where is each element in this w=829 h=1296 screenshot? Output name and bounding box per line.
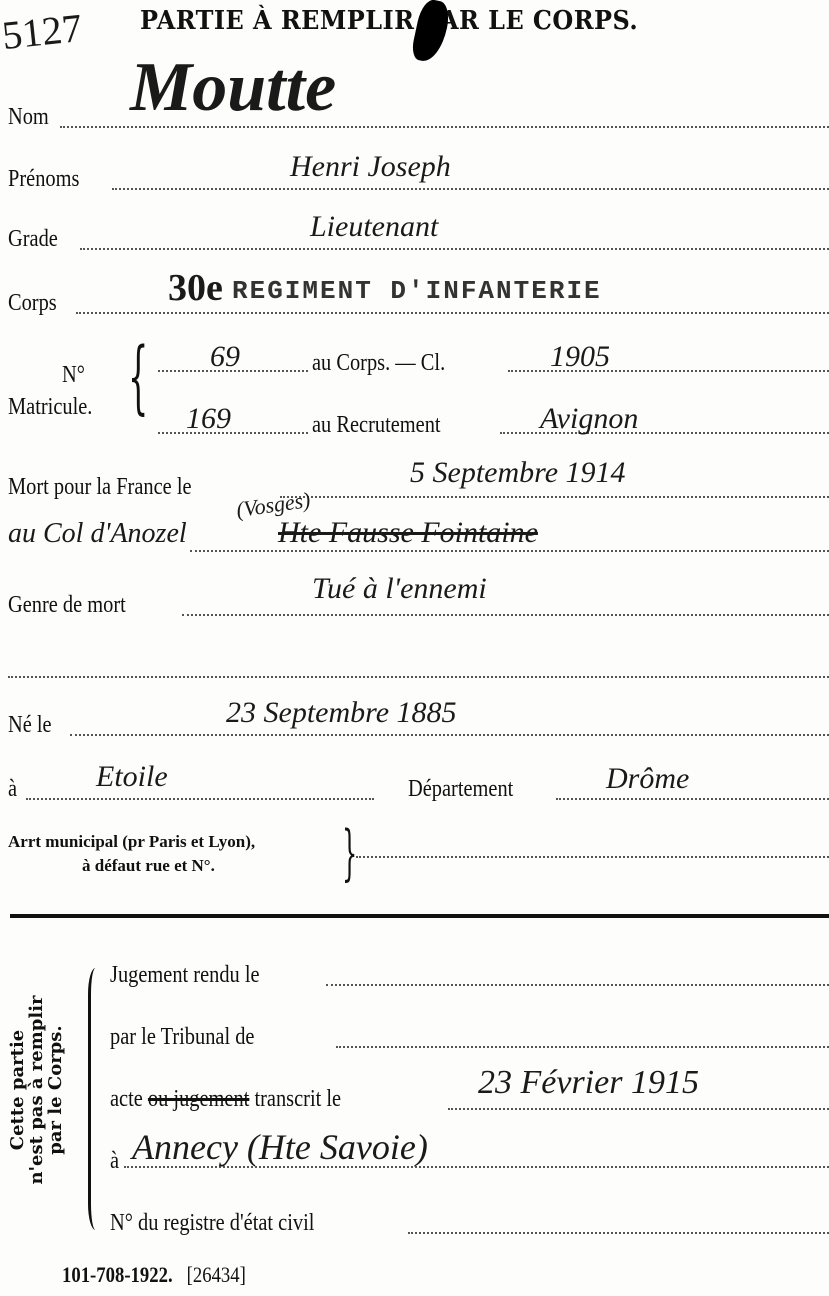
recrutement-label: au Recrutement	[312, 412, 441, 439]
ne-le-label: Né le	[8, 712, 52, 739]
ne-le-value: 23 Septembre 1885	[226, 696, 457, 730]
lieu-acte-label: à	[110, 1148, 119, 1175]
tribunal-label: par le Tribunal de	[110, 1024, 254, 1051]
departement-label: Département	[408, 776, 513, 803]
acte-label: acte ou jugement transcrit le	[110, 1086, 341, 1113]
side-brace	[88, 968, 103, 1230]
grade-value: Lieutenant	[310, 210, 438, 244]
corps-stamp: REGIMENT D'INFANTERIE	[232, 276, 602, 306]
nom-label: Nom	[8, 104, 49, 131]
section-divider	[10, 914, 829, 918]
genre-mort-value: Tué à l'ennemi	[312, 572, 487, 606]
mort-label: Mort pour la France le	[8, 474, 192, 501]
form-header: PARTIE À REMPLIR PAR LE CORPS.	[140, 6, 638, 36]
registre-label: N° du registre d'état civil	[110, 1210, 314, 1237]
lieu-acte-value: Annecy (Hte Savoie)	[132, 1126, 428, 1168]
genre-mort-label: Genre de mort	[8, 592, 126, 619]
nom-value: Moutte	[130, 48, 336, 128]
arr-brace: }	[342, 818, 357, 888]
recrutement-value: Avignon	[540, 402, 638, 436]
matricule-label-2: Matricule.	[8, 394, 92, 421]
card-number: 5127	[0, 4, 84, 59]
jugement-label: Jugement rendu le	[110, 962, 260, 989]
recrutement-number-value: 169	[186, 402, 231, 436]
arr-label-1: Arrt municipal (pr Paris et Lyon),	[8, 832, 255, 852]
grade-label: Grade	[8, 226, 58, 253]
lieu-naissance-label: à	[8, 776, 17, 803]
prenoms-label: Prénoms	[8, 166, 79, 193]
prenoms-value: Henri Joseph	[290, 150, 451, 184]
footer-ref: 101-708-1922. [26434]	[62, 1262, 246, 1288]
corps-label: Corps	[8, 290, 57, 317]
acte-date-value: 23 Février 1915	[478, 1064, 699, 1102]
lieu-naissance-value: Etoile	[96, 760, 168, 794]
departement-value: Drôme	[606, 762, 689, 796]
arr-label-2: à défaut rue et N°.	[82, 856, 215, 876]
matricule-label-1: N°	[62, 362, 85, 389]
matricule-brace: {	[128, 330, 148, 423]
corps-number: 30e	[168, 266, 223, 310]
lieu-mort-struck: Hte Fausse Fointaine	[278, 516, 538, 550]
lieu-mort-value: au Col d'Anozel	[8, 518, 187, 550]
side-note: Cette partie n'est pas à remplir par le …	[8, 960, 65, 1220]
mort-value: 5 Septembre 1914	[410, 456, 626, 490]
classe-value: 1905	[550, 340, 610, 374]
corps-cl-label: au Corps. — Cl.	[312, 350, 445, 377]
corps-matricule-value: 69	[210, 340, 240, 374]
